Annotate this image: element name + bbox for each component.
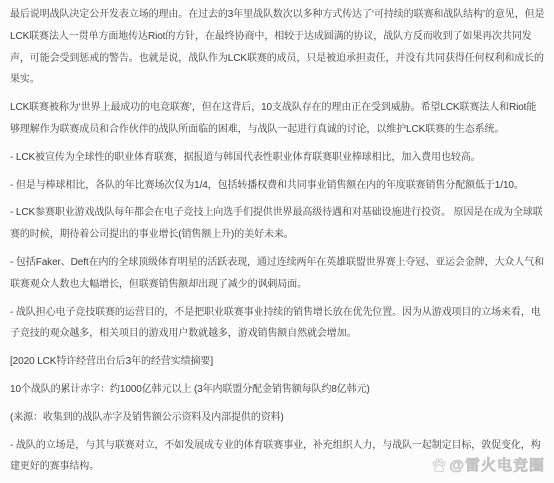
article-paragraph-6: - 包括Faker、Deft在内的全球顶级体育明星的活跃表现，通过连续两年在英雄… [10, 252, 545, 296]
article-body: 最后说明战队决定公开发表立场的理由。在过去的3年里战队数次以多种方式传达了‘可持… [0, 0, 554, 478]
article-paragraph-9: 10个战队的累计赤字：约1000亿韩元以上 (3年内联盟分配金销售额每队约8亿韩… [10, 379, 545, 401]
article-paragraph-10: (来源：收集到的战队赤字及销售额公示资料及内部提供的资料) [10, 407, 545, 429]
article-paragraph-3: - LCK被宣传为全球性的职业体育联赛，据报道与韩国代表性职业体育联赛职业棒球相… [10, 147, 545, 169]
article-paragraph-8: [2020 LCK特许经营出台后3年的经营实绩摘要] [10, 351, 545, 373]
article-paragraph-5: - LCK参赛职业游戏战队每年都会在电子竞技上向选手们提供世界最高级待遇和对基础… [10, 202, 545, 246]
page: 最后说明战队决定公开发表立场的理由。在过去的3年里战队数次以多种方式传达了‘可持… [0, 0, 554, 483]
article-paragraph-11: - 战队的立场是，与其与联赛对立，不如发展成专业的体育联赛事业，补充组织人力，与… [10, 435, 545, 479]
article-paragraph-4: - 但是与棒球相比，各队的年比赛场次仅为1/4，包括转播权费和共同事业销售额在内… [10, 175, 545, 197]
article-paragraph-2: LCK联赛被称为‘世界上最成功的电竞联赛’，但在这背后，10支战队存在的理由正在… [10, 97, 545, 141]
article-paragraph-7: - 战队担心电子竞技联赛的运营目的，不是把职业联赛事业持续的销售增长放在优先位置… [10, 302, 545, 346]
article-paragraph-1: 最后说明战队决定公开发表立场的理由。在过去的3年里战队数次以多种方式传达了‘可持… [10, 4, 545, 91]
